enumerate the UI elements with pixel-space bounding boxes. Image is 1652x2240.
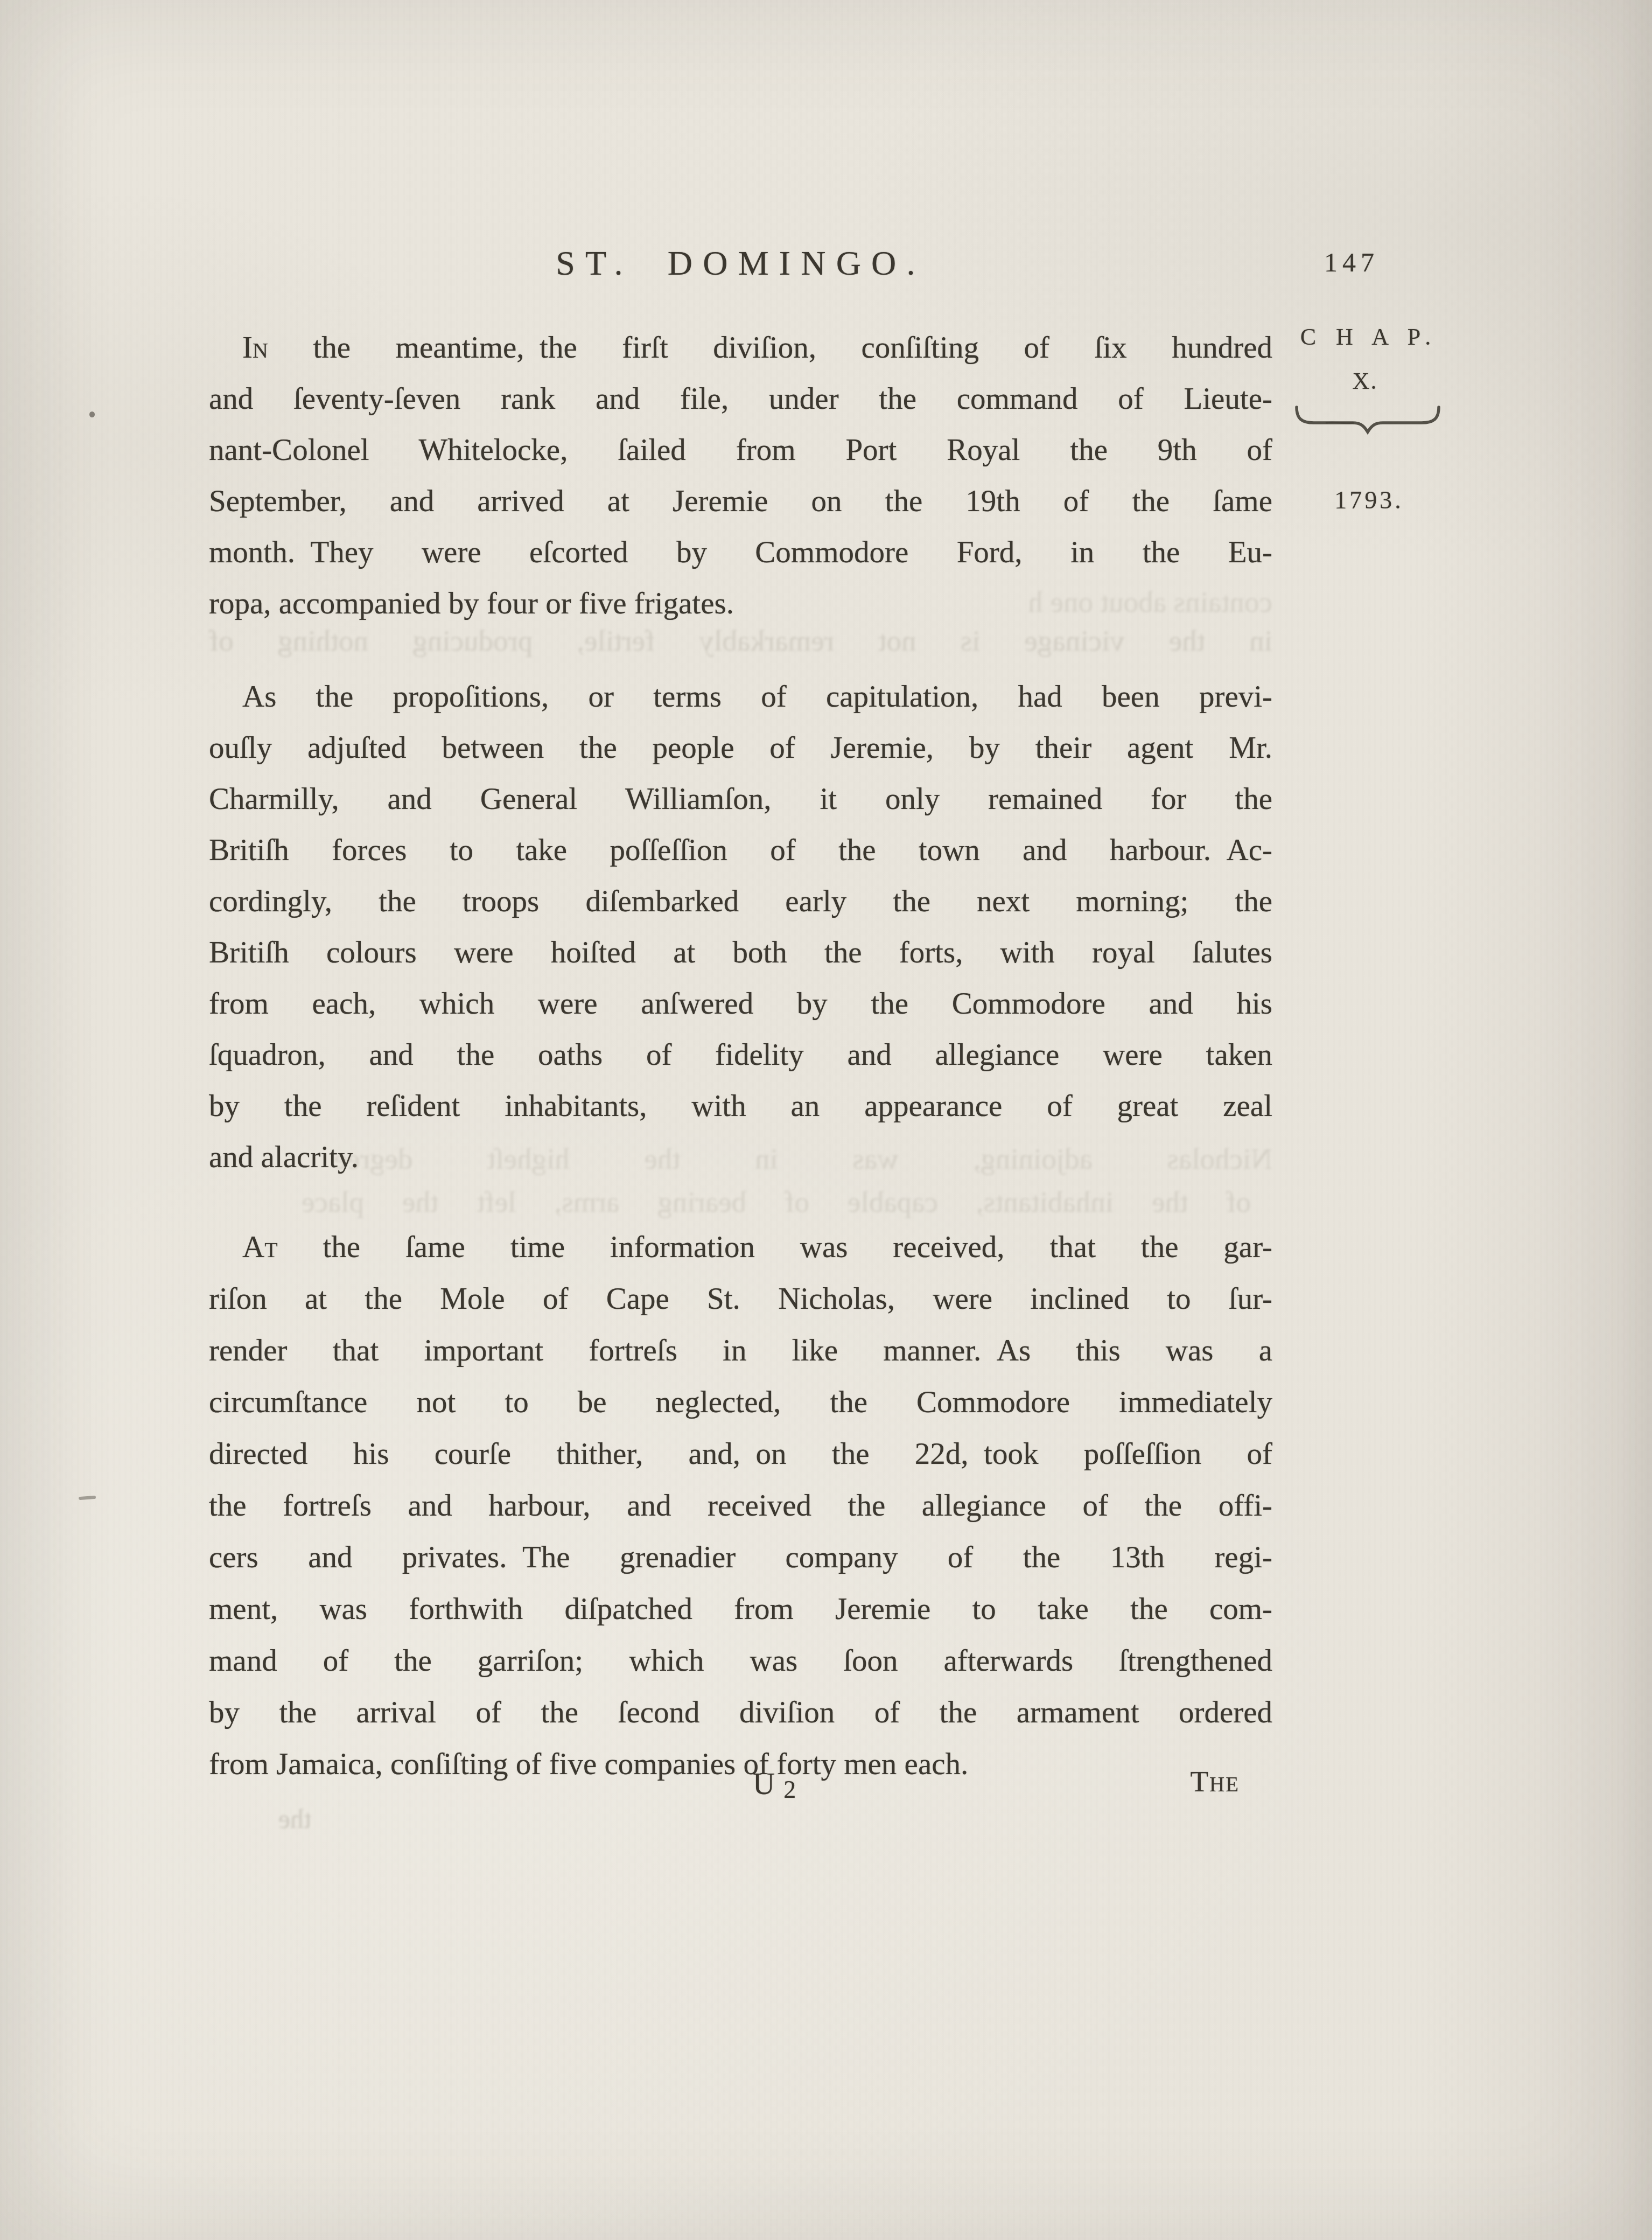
page-number: 147 [1303,247,1400,278]
chapter-number: X. [1292,367,1438,395]
body-line: by the reſident inhabitants, with an app… [209,1080,1272,1132]
body-line: nant-Colonel Whitelocke, ſailed from Por… [209,424,1272,476]
ink-dot [89,411,95,417]
body-line: mand of the garriſon; which was ſoon aft… [209,1635,1272,1687]
book-page: ST. DOMINGO. 147 C H A P. X. 1793. In th… [0,0,1652,2240]
body-line: At the ſame time information was receive… [209,1222,1272,1273]
body-line: from each, which were anſwered by the Co… [209,978,1272,1029]
signature-mark: U2 [753,1767,796,1802]
body-line: circumſtance not to be neglected, the Co… [209,1377,1272,1428]
body-line: ouſly adjuſted between the people of Jer… [209,722,1272,773]
ink-smudge [79,1496,96,1500]
catchword: The [1125,1764,1240,1798]
paragraph: At the ſame time information was receive… [209,1222,1272,1790]
ghost-text-line: the [214,1803,311,1834]
body-line: and ſeventy-ſeven rank and file, under t… [209,373,1272,424]
body-line: the fortreſs and harbour, and received t… [209,1480,1272,1532]
body-line: cers and privates. The grenadier company… [209,1532,1272,1583]
ghost-text-line: Nicholas adjoining, was in the higheſt d… [334,1142,1272,1176]
paragraph: As the propoſitions, or terms of capitul… [209,671,1272,1183]
body-line: In the meantime, the firſt diviſion, con… [209,322,1272,373]
signature-letter: U [753,1767,775,1801]
body-line: render that important fortreſs in like m… [209,1325,1272,1377]
margin-year: 1793. [1292,486,1446,514]
paragraph: In the meantime, the firſt diviſion, con… [209,322,1272,629]
body-line: from Jamaica, conſiſting of five compani… [209,1739,1272,1790]
ghost-text-line: in the vicinage is not remarkably fertil… [209,624,1272,658]
body-line: ſquadron, and the oaths of fidelity and … [209,1029,1272,1080]
body-line: cordingly, the troops diſembarked early … [209,876,1272,927]
paragraph-lead-word: At [242,1230,278,1264]
body-line: September, and arrived at Jeremie on the… [209,476,1272,527]
body-line: Britiſh colours were hoiſted at both the… [209,927,1272,978]
body-line: by the arrival of the ſecond diviſion of… [209,1687,1272,1739]
brace-ornament-icon [1293,404,1442,435]
catchword-smallcaps: he [1209,1765,1240,1798]
chapter-heading: C H A P. [1292,323,1446,351]
ghost-text-line: of the inhabitants, capable of bearing a… [302,1185,1251,1219]
body-line: month. They were eſcorted by Commodore F… [209,527,1272,578]
body-line: Britiſh forces to take poſſeſſion of the… [209,825,1272,876]
running-header: ST. DOMINGO. [209,243,1272,283]
catchword-initial: T [1190,1765,1209,1798]
body-line: As the propoſitions, or terms of capitul… [209,671,1272,722]
body-line: Charmilly, and General Williamſon, it on… [209,773,1272,825]
body-line: riſon at the Mole of Cape St. Nicholas, … [209,1273,1272,1325]
body-line: ment, was forthwith diſpatched from Jere… [209,1583,1272,1635]
paragraph-lead-word: In [242,331,268,365]
ghost-text-line: contains about one h [209,585,1272,619]
body-line: directed his courſe thither, and, on the… [209,1428,1272,1480]
signature-number: 2 [783,1776,796,1803]
